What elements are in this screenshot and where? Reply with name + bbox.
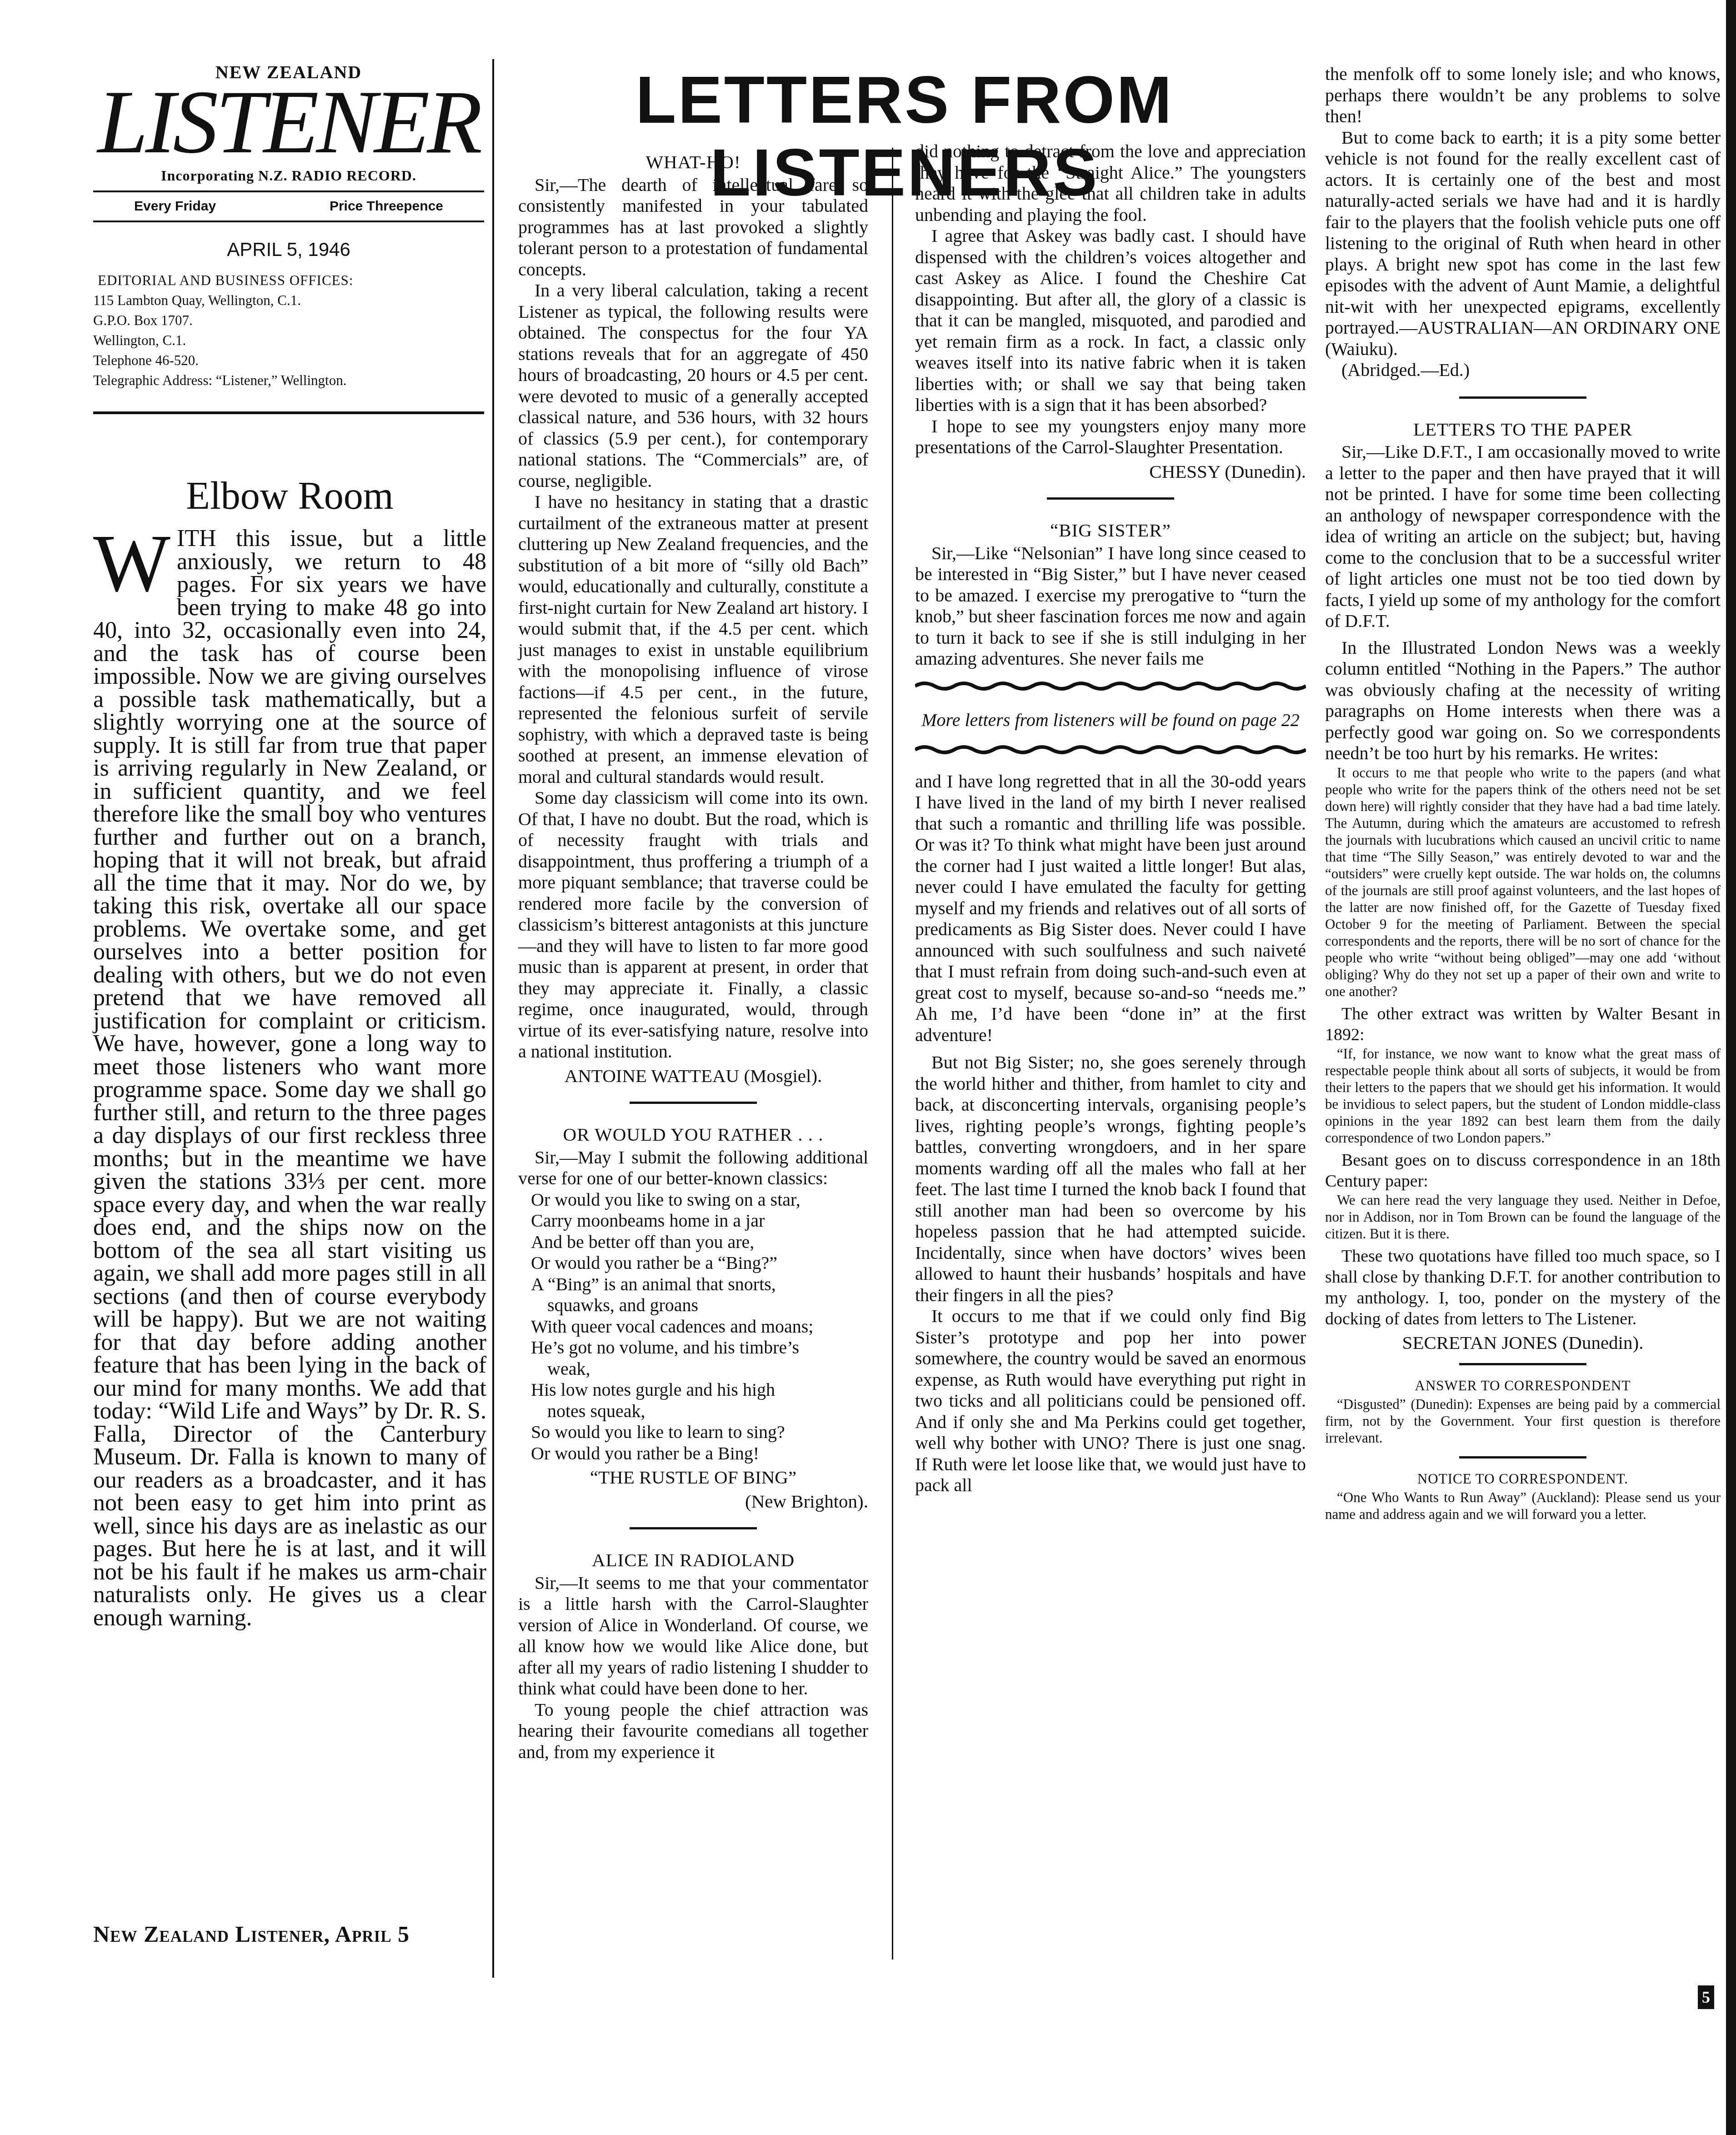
letter-heading: WHAT-HO! [518, 151, 868, 173]
masthead-logo: LISTENER [93, 79, 484, 165]
masthead: NEW ZEALAND LISTENER Incorporating N.Z. … [93, 61, 484, 414]
letter-paragraph: But not Big Sister; no, she goes serenel… [915, 1052, 1306, 1306]
quotation-text: “If, for instance, we now want to know w… [1325, 1045, 1721, 1146]
verse-line: Carry moonbeams home in a jar [531, 1210, 868, 1232]
verse-line: weak, [531, 1358, 868, 1380]
letter-heading: “BIG SISTER” [915, 520, 1306, 541]
quotation: “If, for instance, we now want to know w… [1325, 1045, 1721, 1146]
letter-paragraph: Sir,—Like D.F.T., I am occasionally move… [1325, 441, 1721, 632]
letter-paragraph: These two quotations have filled too muc… [1325, 1246, 1721, 1329]
notice-heading: NOTICE TO CORRESPONDENT. [1325, 1470, 1721, 1487]
verse-line: Or would you rather be a “Bing?” [531, 1253, 868, 1274]
letter-heading: OR WOULD YOU RATHER . . . [518, 1124, 868, 1145]
quotation-text: We can here read the very language they … [1325, 1192, 1721, 1242]
offices-line: Telephone 46-520. [93, 351, 484, 371]
quotation: We can here read the very language they … [1325, 1192, 1721, 1242]
publication-price: Price Threepence [330, 199, 443, 214]
continuation-notice: More letters from listeners will be foun… [915, 707, 1306, 733]
verse-line: notes squeak, [531, 1401, 868, 1422]
letter-paragraph: I hope to see my youngsters enjoy many m… [915, 416, 1306, 458]
letter-paragraph: But to come back to earth; it is a pity … [1325, 127, 1721, 360]
verse-line: Or would you rather be a Bing! [531, 1443, 868, 1464]
letter-signature-place: (New Brighton). [518, 1491, 868, 1512]
letter-paragraph: I agree that Askey was badly cast. I sho… [915, 226, 1306, 416]
offices-line: G.P.O. Box 1707. [93, 311, 484, 331]
publication-info-row: Every Friday Price Threepence [93, 199, 484, 214]
editorial-text: ITH this issue, but a little anxiously, … [93, 527, 486, 1629]
divider [1459, 1363, 1586, 1365]
verse-line: He’s got no volume, and his timbre’s [531, 1337, 868, 1358]
letter-signature: CHESSY (Dunedin). [915, 461, 1306, 482]
editor-note: (Abridged.—Ed.) [1325, 360, 1721, 381]
verse-line: And be better off than you are, [531, 1232, 868, 1253]
issue-date: APRIL 5, 1946 [93, 239, 484, 261]
letter-paragraph: In a very liberal calculation, taking a … [518, 280, 868, 491]
offices-block: EDITORIAL AND BUSINESS OFFICES: 115 Lamb… [93, 271, 484, 391]
editorial-title: Elbow Room [93, 473, 486, 518]
letter-signature: SECRETAN JONES (Dunedin). [1325, 1332, 1721, 1353]
offices-line: 115 Lambton Quay, Wellington, C.1. [93, 291, 484, 311]
offices-line: Telegraphic Address: “Listener,” Welling… [93, 371, 484, 391]
letter-signature: “THE RUSTLE OF BING” [518, 1467, 868, 1488]
answer-block: “Disgusted” (Dunedin): Expenses are bein… [1325, 1396, 1721, 1446]
letter-heading: LETTERS TO THE PAPER [1325, 419, 1721, 440]
offices-heading: EDITORIAL AND BUSINESS OFFICES: [93, 271, 484, 291]
letter-paragraph: I have no hesitancy in stating that a dr… [518, 491, 868, 787]
wavy-rule [915, 681, 1306, 692]
running-footer: New Zealand Listener, April 5 [93, 1921, 410, 1947]
letter-paragraph: Sir,—May I submit the following addition… [518, 1147, 868, 1189]
divider [1459, 1456, 1586, 1458]
divider [93, 190, 484, 192]
editorial-body: W ITH this issue, but a little anxiously… [93, 527, 486, 1629]
verse-line: So would you like to learn to sing? [531, 1422, 868, 1443]
publication-frequency: Every Friday [134, 199, 216, 214]
letter-paragraph: In the Illustrated London News was a wee… [1325, 637, 1721, 764]
editorial: Elbow Room W ITH this issue, but a littl… [93, 473, 486, 1629]
letter-paragraph: To young people the chief attraction was… [518, 1699, 868, 1763]
verse-line: His low notes gurgle and his high [531, 1379, 868, 1401]
wavy-rule [915, 744, 1306, 755]
page-number: 5 [1698, 1985, 1714, 2009]
letters-column-2: WHAT-HO! Sir,—The dearth of intellectual… [518, 148, 868, 1763]
divider [630, 1527, 757, 1529]
letter-heading: ALICE IN RADIOLAND [518, 1549, 868, 1571]
answer-heading: ANSWER TO CORRESPONDENT [1325, 1377, 1721, 1394]
letter-paragraph: Besant goes on to discuss correspondence… [1325, 1150, 1721, 1192]
verse-block: Or would you like to swing on a star, Ca… [518, 1189, 868, 1464]
divider [93, 221, 484, 222]
letter-paragraph: did nothing to detract from the love and… [915, 141, 1306, 226]
verse-line: A “Bing” is an animal that snorts, [531, 1274, 868, 1295]
notice-text: “One Who Wants to Run Away” (Auckland): … [1325, 1489, 1721, 1523]
answer-text: “Disgusted” (Dunedin): Expenses are bein… [1325, 1396, 1721, 1446]
divider [1047, 497, 1174, 500]
letter-paragraph: Sir,—Like “Nelsonian” I have long since … [915, 543, 1306, 670]
quotation-text: It occurs to me that people who write to… [1325, 764, 1721, 1000]
divider [630, 1102, 757, 1104]
column-rule [892, 148, 893, 1960]
verse-line: With queer vocal cadences and moans; [531, 1316, 868, 1338]
quotation: It occurs to me that people who write to… [1325, 764, 1721, 1000]
letter-paragraph: It occurs to me that if we could only fi… [915, 1306, 1306, 1496]
drop-cap: W [93, 529, 170, 597]
letter-paragraph: the menfolk off to some lonely isle; and… [1325, 64, 1721, 127]
divider [93, 411, 484, 414]
letter-paragraph: Sir,—It seems to me that your commentato… [518, 1573, 868, 1699]
letter-paragraph: Some day classicism will come into its o… [518, 787, 868, 1062]
verse-line: Or would you like to swing on a star, [531, 1189, 868, 1211]
letter-signature: ANTOINE WATTEAU (Mosgiel). [518, 1065, 868, 1087]
offices-line: Wellington, C.1. [93, 331, 484, 351]
letter-paragraph: and I have long regretted that in all th… [915, 771, 1306, 1046]
letter-paragraph: The other extract was written by Walter … [1325, 1003, 1721, 1045]
column-rule [492, 59, 494, 1978]
notice-block: “One Who Wants to Run Away” (Auckland): … [1325, 1489, 1721, 1523]
letters-column-4: the menfolk off to some lonely isle; and… [1325, 64, 1721, 1523]
letter-paragraph: Sir,—The dearth of intellectual fare so … [518, 175, 868, 281]
verse-line: squawks, and groans [531, 1295, 868, 1316]
divider [1459, 396, 1586, 399]
scan-edge [1726, 0, 1736, 2135]
letters-column-3: did nothing to detract from the love and… [915, 141, 1306, 1496]
